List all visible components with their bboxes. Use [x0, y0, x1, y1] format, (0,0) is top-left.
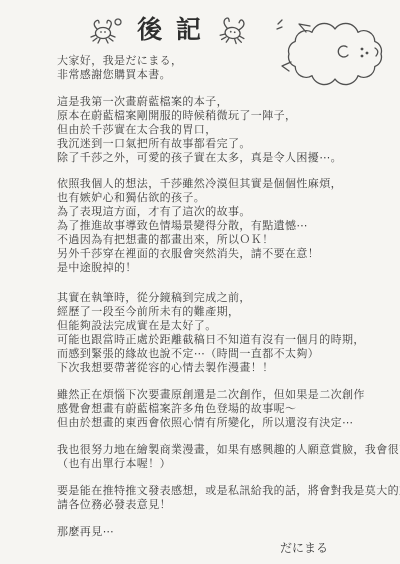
text-line: 依照我個人的想法，千莎雖然冷漠但其實是個個性麻煩， — [57, 177, 392, 191]
afterword-text: 大家好，我是だにまる， 非常感謝您購買本書。 這是我第一次畫蔚藍檔案的本子， 原… — [0, 52, 400, 539]
text-line: 下次我想要帶著從容的心情去製作漫畫！！ — [57, 361, 392, 375]
crab-icon — [215, 15, 251, 45]
paragraph-feedback-request: 要是能在推特推文發表感想，或是私訊給我的話，將會對我是莫大的鼓勵， 請各位務必發… — [57, 484, 392, 512]
paragraph-commercial-work: 我也很努力地在繪製商業漫畫，如果有感興趣的人願意賞臉，我會很高興！ （也有出單行… — [57, 443, 392, 471]
text-line: 除了千莎之外，可愛的孩子實在太多，真是令人困擾⋯。 — [57, 151, 392, 165]
text-line: 這是我第一次畫蔚藍檔案的本子， — [57, 95, 392, 109]
text-line: 經歷了一段至今前所未有的難產期， — [57, 305, 392, 319]
text-line: （也有出單行本喔！） — [57, 457, 392, 471]
afterword-page: 後記 — [0, 0, 400, 564]
paragraph-next-work: 雖然正在煩惱下次要畫原創還是二次創作，但如果是二次創作 感覺會想畫有蔚藍檔案許多… — [57, 388, 392, 430]
text-line: 可能也跟當時正處於距離截稿日不知道有沒有一個月的時期， — [57, 333, 392, 347]
text-line: 但由於千莎實在太合我的胃口， — [57, 123, 392, 137]
text-line: 而感到緊張的緣故也說不定⋯（時間一直都不太夠） — [57, 347, 392, 361]
text-line: 不過因為有把想畫的都畫出來，所以ＯＫ！ — [57, 233, 392, 247]
paragraph-production: 其實在執筆時，從分鏡稿到完成之前， 經歷了一段至今前所未有的難產期， 但能夠設法… — [57, 291, 392, 375]
text-line: 感覺會想畫有蔚藍檔案許多角色登場的故事呢～ — [57, 402, 392, 416]
text-line: 其實在執筆時，從分鏡稿到完成之前， — [57, 291, 392, 305]
text-line: 我沉迷到一口氣把所有故事都看完了。 — [57, 137, 392, 151]
text-line: 原本在蔚藍檔案剛開服的時候稍微玩了一陣子， — [57, 109, 392, 123]
text-line: 為了表現這方面，才有了這次的故事。 — [57, 205, 392, 219]
text-line: 也有嫉妒心和獨佔欲的孩子。 — [57, 191, 392, 205]
text-line: 請各位務必發表意見！ — [57, 498, 392, 512]
text-line: 那麼再見⋯ — [57, 525, 392, 539]
text-line: 是中途脫掉的！ — [57, 261, 392, 275]
text-line: 為了推進故事導致色情場景變得分散，有點遺憾⋯ — [57, 219, 392, 233]
hedgehog-icon — [276, 14, 394, 88]
text-line: 另外千莎穿在裡面的衣服會突然消失，請不要在意！ — [57, 247, 392, 261]
closing-line: 那麼再見⋯ — [57, 525, 392, 539]
text-line: 但由於想畫的東西會依照心情有所變化，所以還沒有決定⋯ — [57, 416, 392, 430]
page-title: 後記 — [137, 18, 215, 43]
paragraph-character-thoughts: 依照我個人的想法，千莎雖然冷漠但其實是個個性麻煩， 也有嫉妒心和獨佔欲的孩子。 … — [57, 177, 392, 275]
text-line: 要是能在推特推文發表感想，或是私訊給我的話，將會對我是莫大的鼓勵， — [57, 484, 392, 498]
text-line: 我也很努力地在繪製商業漫畫，如果有感興趣的人願意賞臉，我會很高興！ — [57, 443, 392, 457]
author-signature: だにまる — [0, 539, 400, 556]
crab-icon — [89, 16, 123, 44]
paragraph-first-book: 這是我第一次畫蔚藍檔案的本子， 原本在蔚藍檔案剛開服的時候稍微玩了一陣子， 但由… — [57, 95, 392, 165]
text-line: 雖然正在煩惱下次要畫原創還是二次創作，但如果是二次創作 — [57, 388, 392, 402]
text-line: 但能夠設法完成實在是太好了。 — [57, 319, 392, 333]
